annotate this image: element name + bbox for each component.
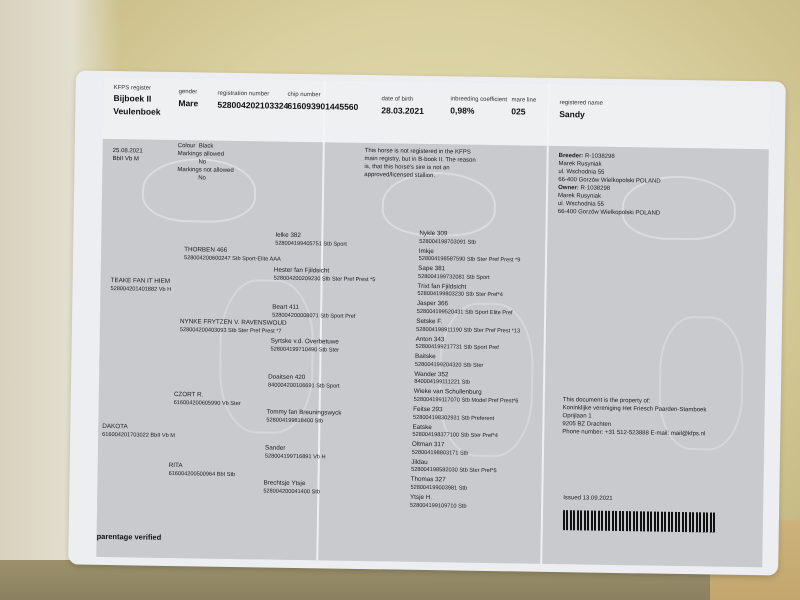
ancestor-name: Imkje [419, 247, 434, 254]
breeder-label: Breeder: [559, 153, 584, 159]
colour-label: Colour [178, 143, 196, 149]
ancestor-name: Wieke van Schullenburg [414, 388, 482, 396]
crown-watermark-icon [381, 171, 496, 237]
mareline-value: 025 [511, 106, 525, 116]
colour-value: Black [199, 143, 214, 149]
register-label: KFPS register [114, 85, 151, 92]
ancestor-name: Baitske [415, 353, 436, 360]
certificate-header [103, 77, 770, 149]
ancestor-name: Feitse 293 [413, 406, 443, 413]
ancestor-name: Jildau [411, 459, 428, 466]
dob-value: 28.03.2021 [381, 105, 424, 116]
parentage-verified: parentage verified [97, 532, 162, 542]
registration-book: BbII Vb M [112, 155, 138, 163]
regname-value: Sandy [559, 109, 585, 119]
certificate-sheet: KFPS register Bijboek II Veulenboek gend… [96, 77, 769, 567]
owner-label: Owner: [558, 185, 579, 191]
breeder-id: R-1038298 [585, 153, 615, 159]
register-value-2: Veulenboek [113, 106, 160, 117]
inbreeding-value: 0,98% [450, 105, 474, 115]
ancestor-name: Thomas 327 [411, 476, 446, 484]
barcode [563, 510, 717, 532]
ancestor-info: 528004198703091 Stb [419, 238, 476, 245]
chip-value: 616093901445560 [287, 101, 358, 112]
ancestor-name: Oltman 317 [412, 441, 445, 449]
ancestor-info: 528004199109710 Stb [410, 502, 467, 509]
ancestor-info: 528004198803171 Stb [412, 449, 469, 456]
pedigree-certificate: KFPS register Bijboek II Veulenboek gend… [68, 70, 786, 575]
registration-value: 528004202103324 [217, 100, 288, 111]
regname-label: registered name [559, 100, 602, 107]
gender-value: Mare [178, 98, 198, 108]
ancestor-name: Jasper 366 [417, 300, 448, 307]
chip-label: chip number [288, 92, 321, 99]
ancestor-info: 840004199111221 Stb [414, 379, 470, 386]
markings-not-allowed-value: No [198, 174, 206, 182]
ancestor-name: Anton 343 [416, 335, 445, 342]
issued-date: Issued 13.09.2021 [563, 494, 612, 503]
ancestor-name: Eatske [412, 423, 431, 430]
ancestor-info: 528004199732081 Stb Sport [418, 274, 490, 281]
inbreeding-label: inbreeding coefficient [450, 96, 507, 103]
dob-label: date of birth [381, 96, 413, 102]
ancestor-name: Wander 352 [414, 371, 448, 379]
markings-allowed-value: No [198, 158, 206, 166]
ancestor-info: 528004199204320 Stb Ster [415, 362, 484, 369]
ancestor-name: Setske F. [416, 318, 442, 325]
owner-id: R-1038298 [580, 185, 610, 191]
ancestor-info: 528004199003981 Stb [410, 485, 467, 492]
ancestor-info: 528004199217731 Stb Sport Pref [415, 344, 498, 351]
ancestor-info: 528004198302931 Stb Preferent [413, 414, 494, 421]
registration-label: registration number [218, 91, 270, 98]
gender-label: gender [179, 89, 198, 95]
ancestor-name: Trixt fan Fjildsicht [417, 283, 466, 291]
ancestor-name: Ytsje H. [410, 494, 432, 501]
ancestor-name: Sape 381 [418, 265, 445, 272]
register-value: Bijboek II [113, 93, 151, 104]
mareline-label: mare line [511, 97, 536, 103]
ancestor-name: Nykle 309 [419, 230, 447, 237]
